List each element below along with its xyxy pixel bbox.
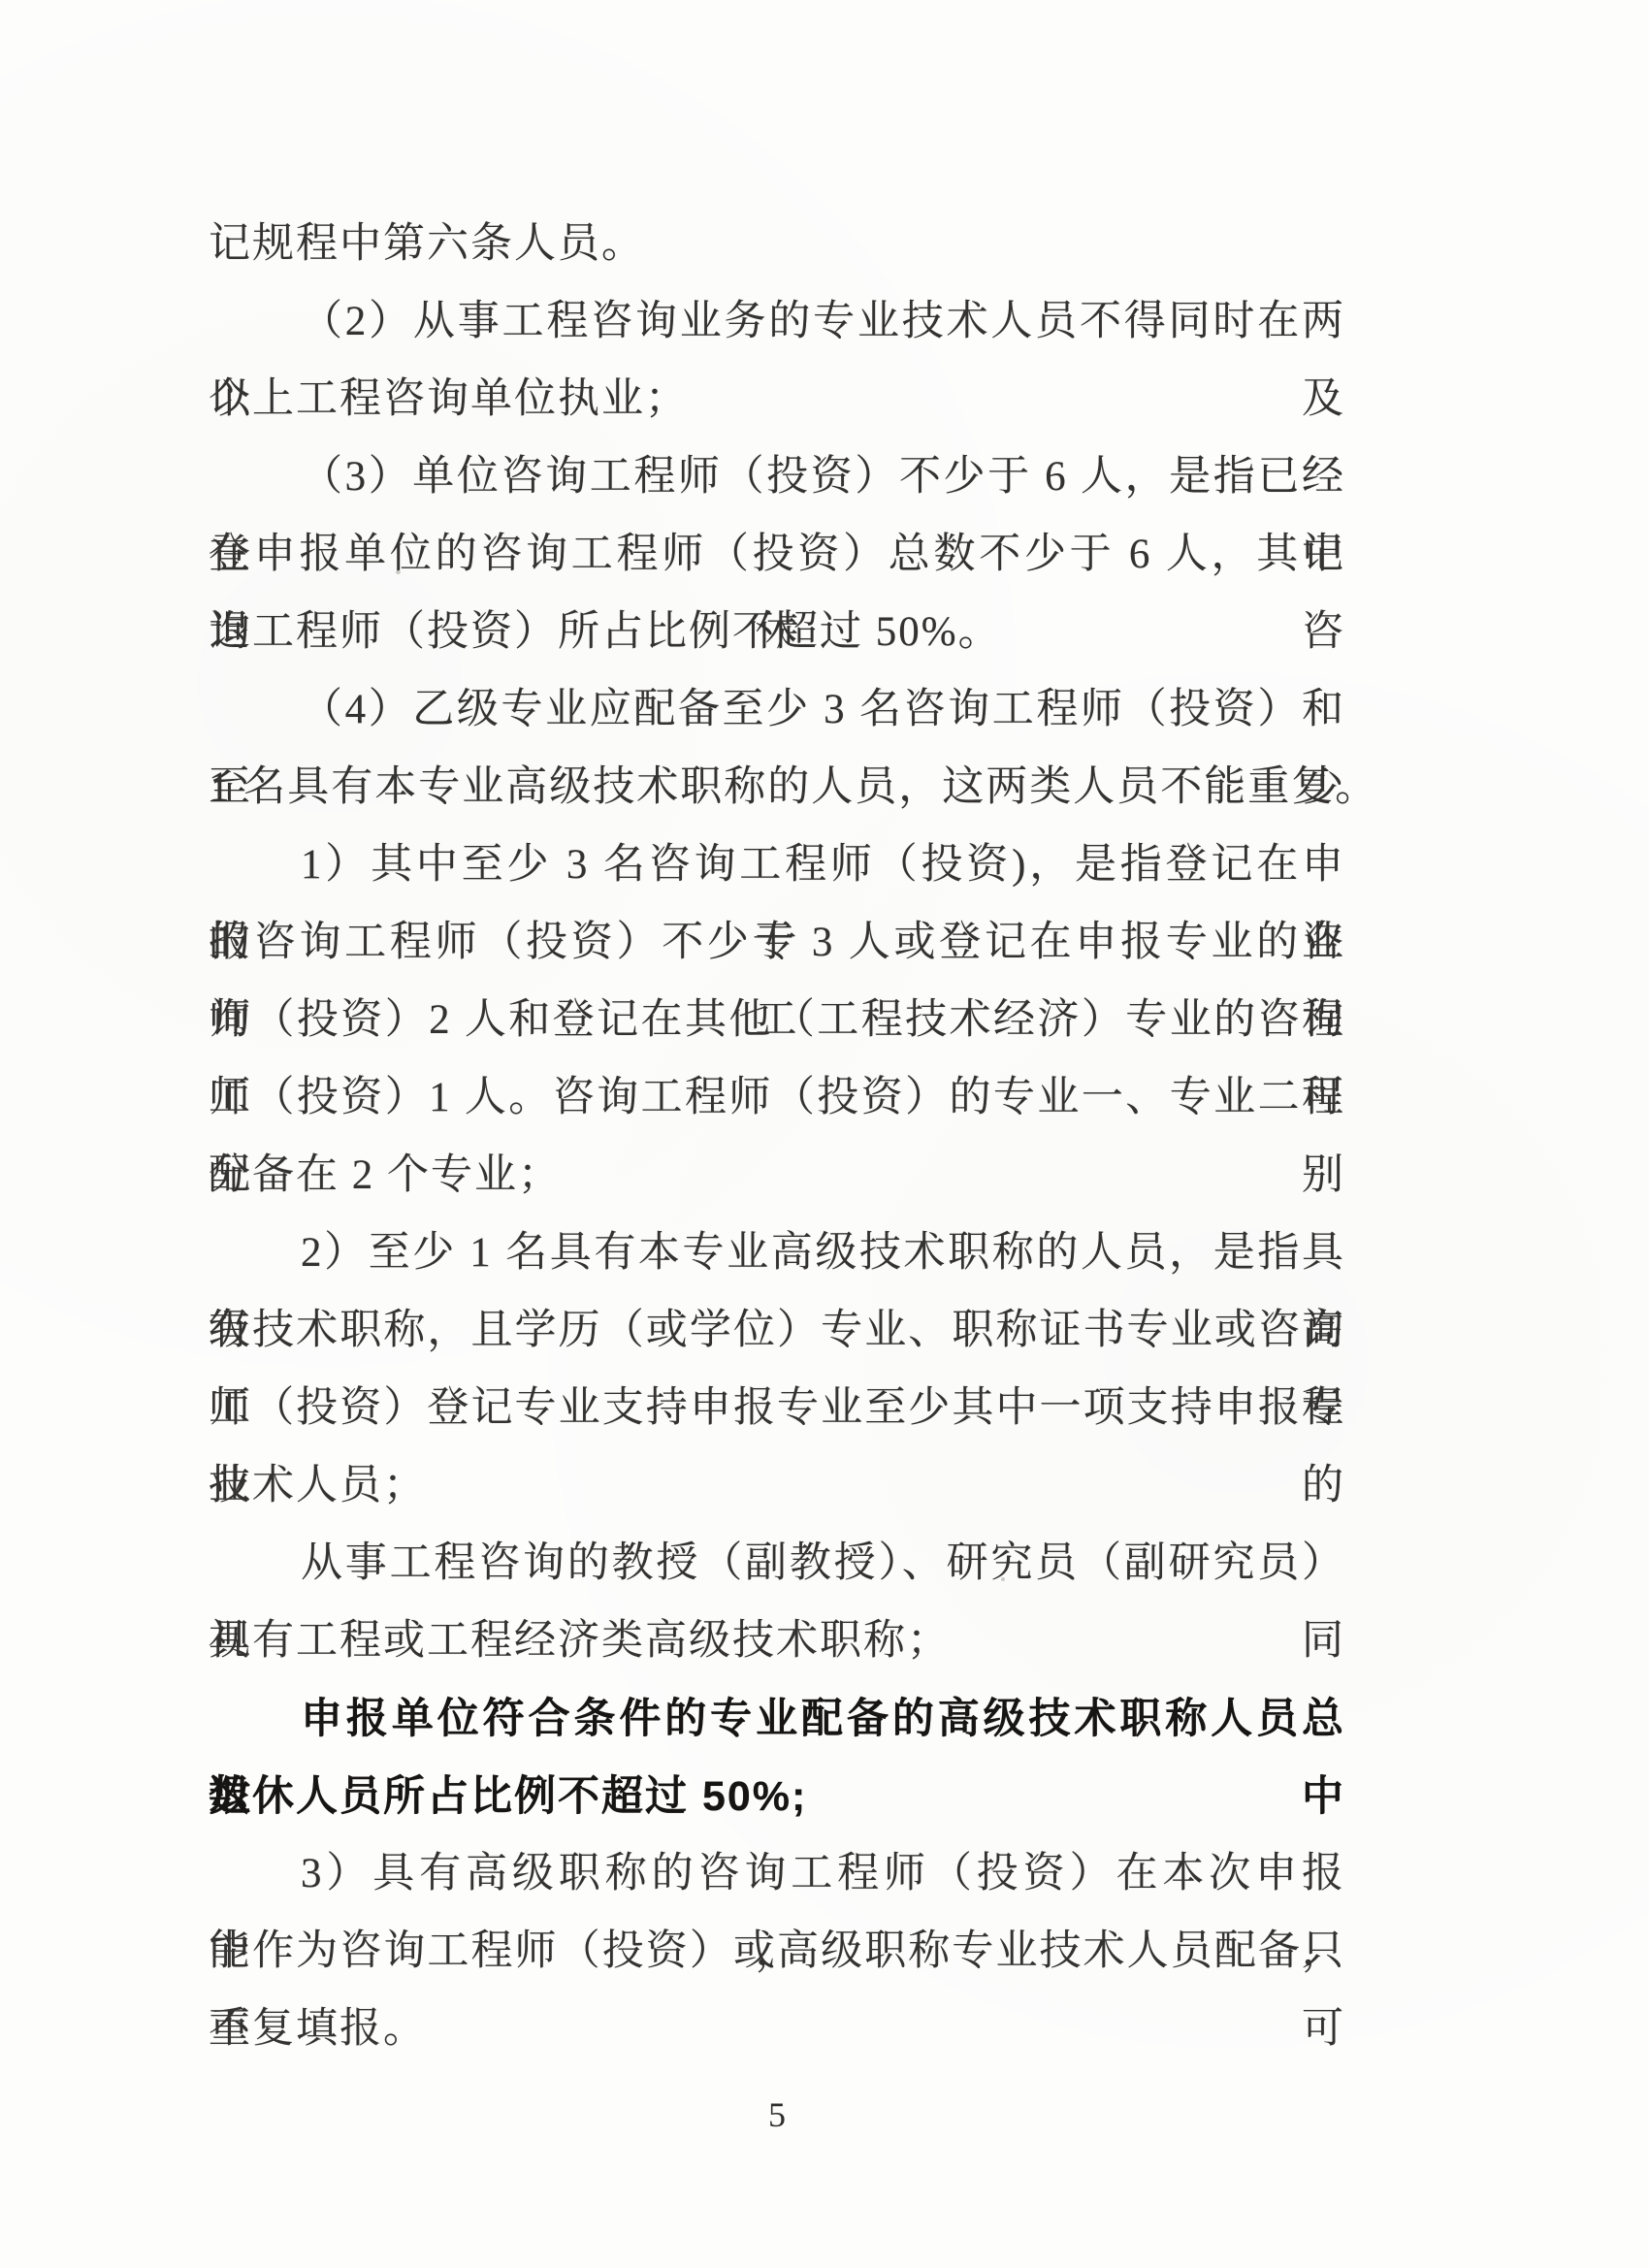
- scan-speck: [1001, 1577, 1005, 1581]
- text-line: 师（投资）1 人。咨询工程师（投资）的专业一、专业二可分别: [209, 1059, 1345, 1137]
- text-line: 1）其中至少 3 名咨询工程师（投资)，是指登记在申报专业: [209, 826, 1345, 904]
- text-line: （4）乙级专业应配备至少 3 名咨询工程师（投资）和至少: [209, 671, 1345, 749]
- text-line: 在申报单位的咨询工程师（投资）总数不少于 6 人，其中退休咨: [209, 516, 1345, 594]
- text-line: 3）具有高级职称的咨询工程师（投资）在本次申报中，只: [209, 1835, 1345, 1913]
- text-line-emphasized: 申报单位符合条件的专业配备的高级技术职称人员总数中: [209, 1680, 1345, 1758]
- document-page: 记规程中第六条人员。 （2）从事工程咨询业务的专业技术人员不得同时在两个及 以上…: [0, 0, 1649, 2268]
- text-line: （3）单位咨询工程师（投资）不少于 6 人，是指已经登记: [209, 438, 1345, 516]
- text-line: 记规程中第六条人员。: [209, 206, 1345, 283]
- scan-speck: [396, 570, 401, 574]
- text-line: 从事工程咨询的教授（副教授）、研究员（副研究员）视同: [209, 1525, 1345, 1603]
- text-line: 师（投资）登记专业支持申报专业至少其中一项支持申报专业的: [209, 1370, 1345, 1447]
- page-number: 5: [209, 2093, 1345, 2136]
- text-line: 1 名具有本专业高级技术职称的人员，这两类人员不能重复。: [209, 749, 1345, 826]
- text-line: 2）至少 1 名具有本专业高级技术职称的人员，是指具有高: [209, 1215, 1345, 1292]
- text-line: （2）从事工程咨询业务的专业技术人员不得同时在两个及: [209, 283, 1345, 361]
- text-line: 的咨询工程师（投资）不少于 3 人或登记在申报专业的咨询工程: [209, 904, 1345, 982]
- text-line: 级技术职称，且学历（或学位）专业、职称证书专业或咨询工程: [209, 1292, 1345, 1370]
- text-line: 师（投资）2 人和登记在其他（工程技术经济）专业的咨询工程: [209, 982, 1345, 1059]
- document-text-block: 记规程中第六条人员。 （2）从事工程咨询业务的专业技术人员不得同时在两个及 以上…: [209, 206, 1345, 2068]
- text-line: 能作为咨询工程师（投资）或高级职称专业技术人员配备，不可: [209, 1913, 1345, 1991]
